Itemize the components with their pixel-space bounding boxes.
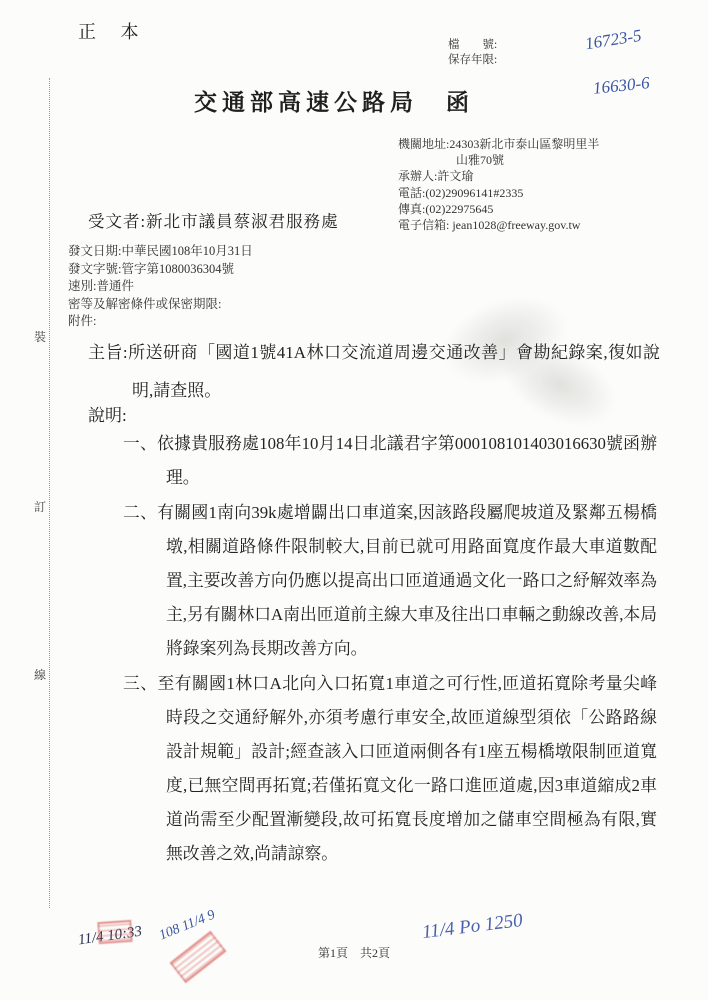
- item-number: 一、: [123, 434, 157, 453]
- agency-fax: 傳真:(02)22975645: [398, 201, 599, 217]
- binding-char-xian: 線: [33, 666, 47, 683]
- page-indicator: 第1頁 共2頁: [0, 944, 708, 961]
- explanation-section-label: 說明:: [88, 401, 127, 426]
- copy-type-label: 正 本: [78, 18, 149, 44]
- item-number: 二、: [123, 503, 157, 522]
- issue-date-line: 發文日期:中華民國108年10月31日: [68, 243, 253, 261]
- agency-address-line2: 山雅70號: [398, 152, 599, 168]
- explanation-item-3: 三、至有關國1林口A北向入口拓寬1車道之可行性,匝道拓寬除考量尖峰時段之交通紓解…: [123, 667, 657, 871]
- item-text: 依據貴服務處108年10月14日北議君字第000108101403016630號…: [157, 434, 657, 487]
- document-title: 交通部高速公路局 函: [0, 84, 668, 117]
- agency-contact-person: 承辦人:許文瑜: [398, 168, 599, 184]
- document-meta-block: 發文日期:中華民國108年10月31日 發文字號:管字第1080036304號 …: [68, 243, 253, 331]
- security-line: 密等及解密條件或保密期限:: [68, 296, 253, 314]
- item-text: 有關國1南向39k處增闢出口車道案,因該路段屬爬坡道及緊鄰五楊橋墩,相關道路條件…: [157, 503, 657, 658]
- priority-line: 速別:普通件: [68, 278, 253, 296]
- binding-dotted-line: [49, 78, 50, 908]
- binding-char-ding: 訂: [33, 498, 47, 515]
- agency-contact-block: 機關地址:24303新北市泰山區黎明里半 山雅70號 承辦人:許文瑜 電話:(0…: [398, 136, 599, 233]
- recipient-line: 受文者:新北市議員蔡淑君服務處: [88, 208, 339, 232]
- attachment-line: 附件:: [68, 313, 253, 331]
- item-number: 三、: [123, 674, 157, 693]
- subject-label: 主旨:: [88, 343, 128, 362]
- handwritten-note-right: 11/4 Po 1250: [421, 910, 524, 944]
- item-text: 至有關國1林口A北向入口拓寬1車道之可行性,匝道拓寬除考量尖峰時段之交通紓解外,…: [157, 674, 657, 863]
- agency-email: 電子信箱: jean1028@freeway.gov.tw: [398, 217, 599, 233]
- red-stamp-small: [97, 920, 132, 944]
- handwritten-reference-number: 16723-5: [584, 26, 643, 55]
- file-number-label: 檔 號:: [448, 38, 497, 53]
- explanation-item-2: 二、有關國1南向39k處增闢出口車道案,因該路段屬爬坡道及緊鄰五楊橋墩,相關道路…: [123, 496, 657, 666]
- explanation-items: 一、依據貴服務處108年10月14日北議君字第00010810140301663…: [123, 427, 657, 872]
- file-number-block: 檔 號: 保存年限:: [448, 38, 497, 68]
- document-number-line: 發文字號:管字第1080036304號: [68, 261, 253, 279]
- retention-period-label: 保存年限:: [448, 53, 497, 68]
- agency-address-line1: 機關地址:24303新北市泰山區黎明里半: [398, 136, 599, 152]
- red-stamp-tilted: [170, 931, 227, 984]
- subject-text: 所送研商「國道1號41A林口交流道周邊交通改善」會勘紀錄案,復如說明,請查照。: [128, 343, 660, 400]
- binding-char-zhuang: 裝: [33, 328, 47, 345]
- explanation-item-1: 一、依據貴服務處108年10月14日北議君字第00010810140301663…: [123, 427, 657, 495]
- agency-phone: 電話:(02)29096141#2335: [398, 185, 599, 201]
- subject-paragraph: 主旨:所送研商「國道1號41A林口交流道周邊交通改善」會勘紀錄案,復如說明,請查…: [88, 334, 660, 410]
- scanned-letter-page: 裝 訂 線 正 本 檔 號: 保存年限: 16723-5 16630-6 交通部…: [0, 0, 708, 1000]
